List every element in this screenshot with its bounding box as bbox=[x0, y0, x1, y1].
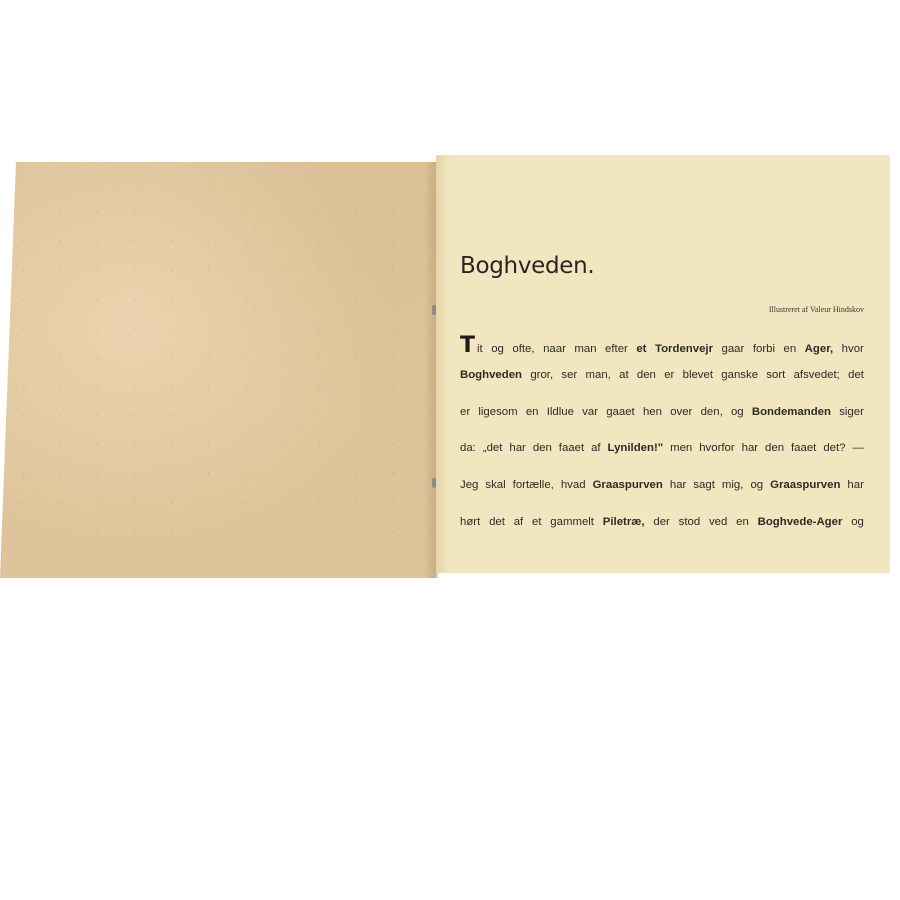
word: af bbox=[514, 509, 524, 535]
word: ligesom bbox=[478, 399, 517, 425]
word: „det bbox=[483, 435, 503, 461]
word: Lynilden!" bbox=[608, 435, 664, 461]
word: gror, bbox=[530, 362, 553, 388]
story-title: Boghveden. bbox=[460, 253, 594, 279]
word: man bbox=[574, 336, 596, 362]
word: gaaet bbox=[606, 399, 635, 425]
word: af bbox=[591, 435, 601, 461]
word: Graaspurven bbox=[593, 472, 663, 498]
word: og bbox=[491, 336, 504, 362]
word: hvorfor bbox=[699, 435, 734, 461]
photo-scene: Boghveden. Illustreret af Valeur Hindsko… bbox=[0, 0, 900, 900]
word: efter bbox=[605, 336, 628, 362]
right-page: Boghveden. Illustreret af Valeur Hindsko… bbox=[436, 155, 890, 573]
word: — bbox=[852, 435, 863, 461]
text-line: Titogofte,naarmanefteretTordenvejrgaarfo… bbox=[460, 325, 864, 362]
word: er bbox=[664, 362, 674, 388]
word: den bbox=[637, 362, 656, 388]
word: den bbox=[765, 435, 784, 461]
word: siger bbox=[839, 399, 864, 425]
word: faaet bbox=[559, 435, 584, 461]
word: sort bbox=[766, 362, 785, 388]
left-page-blank-endpaper bbox=[0, 162, 436, 578]
word: et bbox=[636, 336, 646, 362]
word: blevet bbox=[683, 362, 713, 388]
word: har bbox=[847, 472, 863, 498]
word: men bbox=[670, 435, 692, 461]
word: Bondemanden bbox=[752, 399, 831, 425]
word: at bbox=[619, 362, 629, 388]
word: gammelt bbox=[550, 509, 594, 535]
word: Ildlue bbox=[547, 399, 574, 425]
story-body-text: Titogofte,naarmanefteretTordenvejrgaarfo… bbox=[460, 325, 864, 546]
word: skal bbox=[485, 472, 505, 498]
word: da: bbox=[460, 435, 476, 461]
text-line: Jegskalfortælle,hvadGraaspurvenharsagtmi… bbox=[460, 472, 864, 509]
word: ganske bbox=[721, 362, 758, 388]
word: var bbox=[582, 399, 598, 425]
word: Ager, bbox=[805, 336, 834, 362]
word: hørt bbox=[460, 509, 480, 535]
word: over bbox=[670, 399, 692, 425]
word: naar bbox=[543, 336, 566, 362]
word: ser bbox=[561, 362, 577, 388]
word: og bbox=[851, 509, 864, 535]
word: Tordenvejr bbox=[655, 336, 713, 362]
word: det bbox=[848, 362, 864, 388]
word: it bbox=[477, 336, 483, 362]
word: Boghveden bbox=[460, 362, 522, 388]
dropcap-word: Tit bbox=[460, 336, 483, 362]
word: hen bbox=[643, 399, 662, 425]
text-line: da:„dethardenfaaetafLynilden!"menhvorfor… bbox=[460, 435, 864, 472]
word: og bbox=[731, 399, 744, 425]
word: faaet bbox=[791, 435, 816, 461]
drop-cap: T bbox=[460, 336, 475, 356]
word: stod bbox=[679, 509, 701, 535]
word: sagt bbox=[693, 472, 715, 498]
word: et bbox=[532, 509, 542, 535]
word: en bbox=[736, 509, 749, 535]
word: hvad bbox=[561, 472, 586, 498]
word: forbi bbox=[753, 336, 775, 362]
word: fortælle, bbox=[513, 472, 554, 498]
word: afsvedet; bbox=[794, 362, 840, 388]
word: det bbox=[489, 509, 505, 535]
word: der bbox=[653, 509, 669, 535]
word: gaar bbox=[722, 336, 745, 362]
text-line: erligesomenIldluevargaaethenoverden,ogBo… bbox=[460, 399, 864, 436]
word: ofte, bbox=[512, 336, 534, 362]
word: Boghvede-Ager bbox=[758, 509, 843, 535]
word: Graaspurven bbox=[770, 472, 840, 498]
word: den bbox=[533, 435, 552, 461]
word: man, bbox=[586, 362, 611, 388]
word: den, bbox=[701, 399, 723, 425]
word: og bbox=[750, 472, 763, 498]
word: mig, bbox=[722, 472, 744, 498]
word: Jeg bbox=[460, 472, 478, 498]
word: det? bbox=[823, 435, 845, 461]
word: er bbox=[460, 399, 470, 425]
word: har bbox=[742, 435, 758, 461]
illustrator-credit: Illustreret af Valeur Hindskov bbox=[769, 305, 864, 314]
text-line: Boghvedengror,serman,atdenerblevetganske… bbox=[460, 362, 864, 399]
word: har bbox=[509, 435, 525, 461]
text-line: hørtdetafetgammeltPiletræ,derstodvedenBo… bbox=[460, 509, 864, 546]
word: ved bbox=[709, 509, 727, 535]
word: en bbox=[526, 399, 539, 425]
word: har bbox=[670, 472, 686, 498]
word: en bbox=[784, 336, 797, 362]
word: Piletræ, bbox=[603, 509, 645, 535]
word: hvor bbox=[842, 336, 864, 362]
